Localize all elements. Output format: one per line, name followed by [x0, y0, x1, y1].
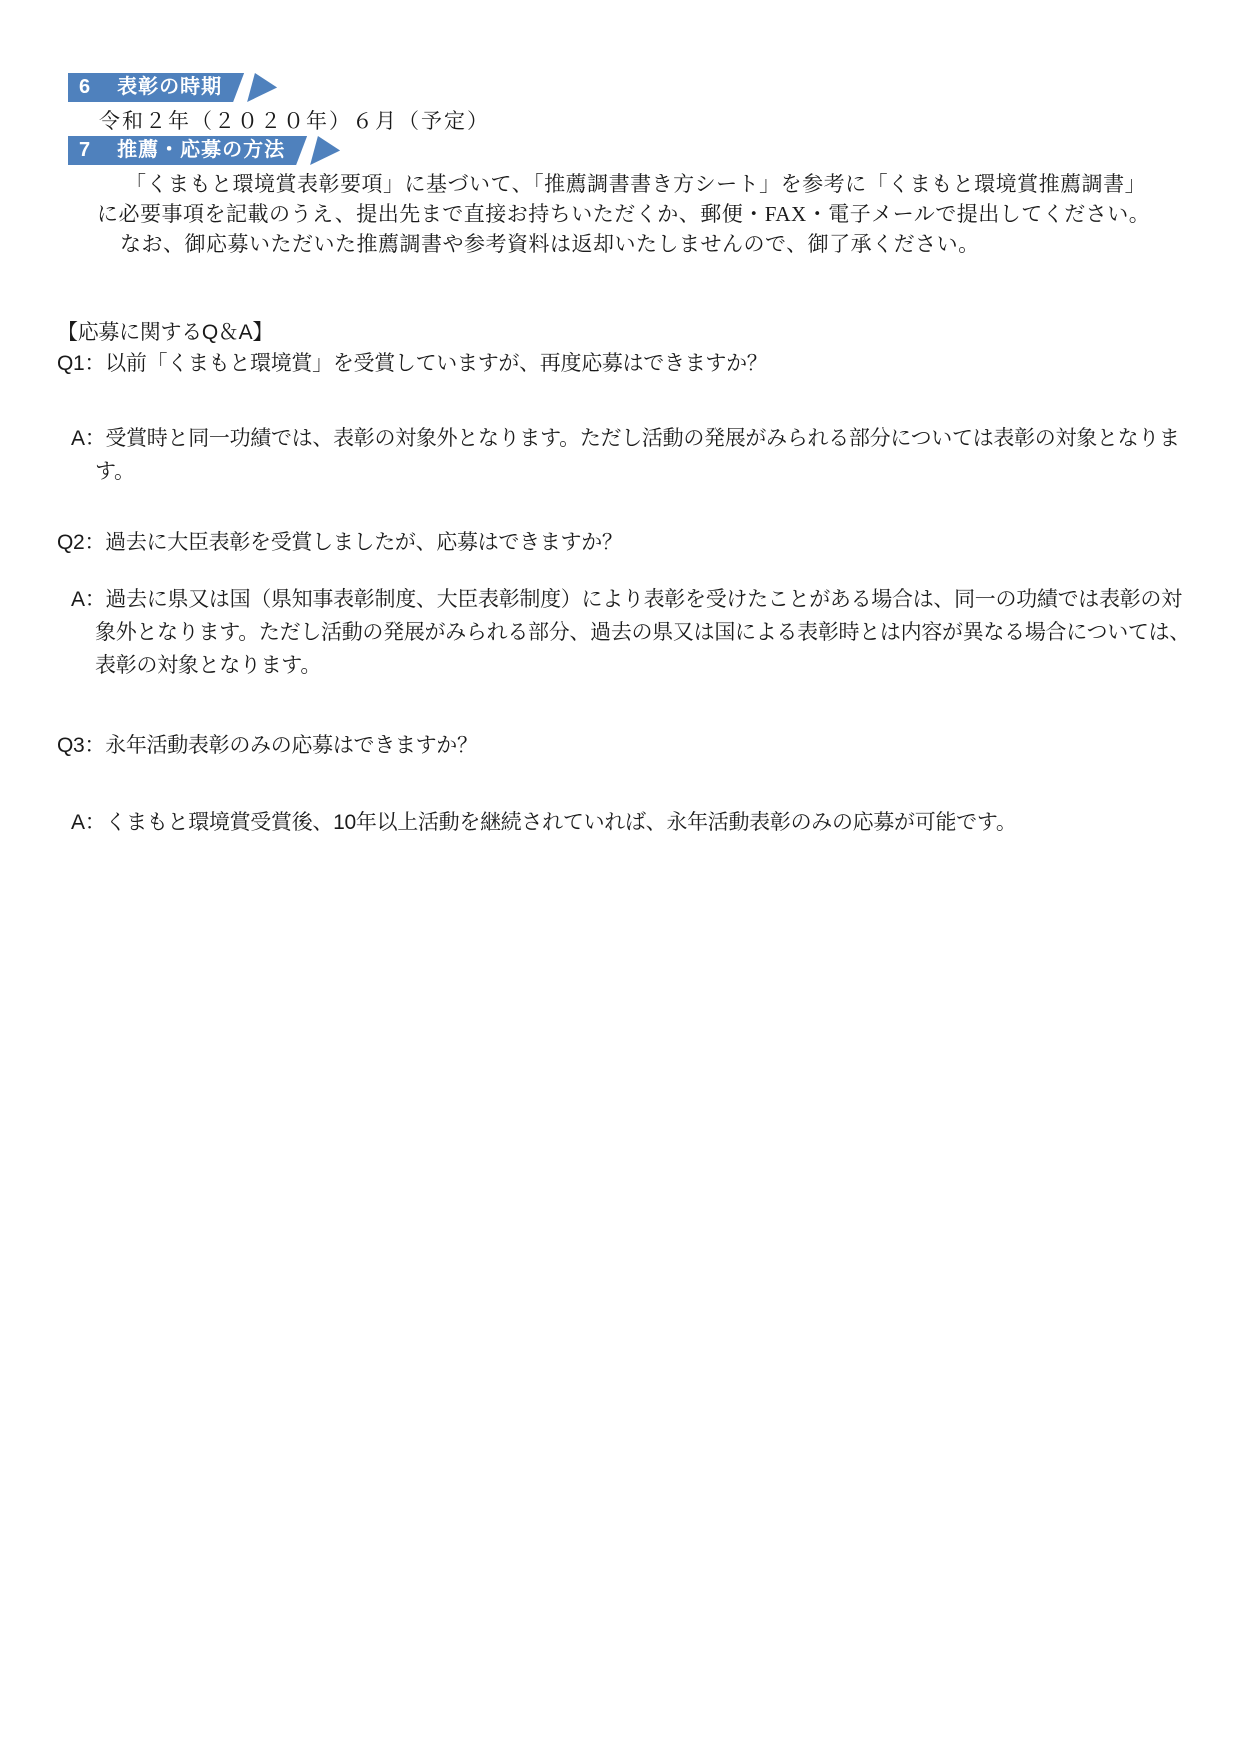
answer-line: A：くまもと環境賞受賞後、10年以上活動を継続されていれば、永年活動表彰のみの応… — [57, 806, 1197, 839]
answer-line: 表彰の対象となります。 — [57, 649, 1197, 682]
answer-line: A：受賞時と同一功績では、表彰の対象外となります。ただし活動の発展がみられる部分… — [57, 422, 1197, 455]
paragraph-line: なお、御応募いただいた推薦調書や参考資料は返却いたしませんので、御了承ください。 — [97, 229, 1182, 259]
banner-arrow-icon — [247, 73, 277, 102]
section-7-banner: 7推薦・応募の方法 — [68, 136, 340, 165]
answer-1: A：受賞時と同一功績では、表彰の対象外となります。ただし活動の発展がみられる部分… — [57, 422, 1197, 488]
question-2: Q2：過去に大臣表彰を受賞しましたが、応募はできますか？ — [57, 528, 1197, 558]
answer-2: A：過去に県又は国（県知事表彰制度、大臣表彰制度）により表彰を受けたことがある場… — [57, 583, 1197, 682]
answer-3: A：くまもと環境賞受賞後、10年以上活動を継続されていれば、永年活動表彰のみの応… — [57, 806, 1197, 839]
question-1: Q1：以前「くまもと環境賞」を受賞していますが、再度応募はできますか？ — [57, 349, 1197, 379]
application-method-paragraph: 「くまもと環境賞表彰要項」に基づいて、「推薦調書書き方シート」を参考に「くまもと… — [97, 169, 1182, 259]
section-6-banner-label: 6表彰の時期 — [68, 73, 244, 102]
question-3: Q3：永年活動表彰のみの応募はできますか？ — [57, 731, 1197, 761]
section-6-number: 6 — [79, 73, 91, 102]
banner-arrow-icon — [310, 136, 340, 165]
answer-line: す。 — [57, 455, 1197, 488]
document-page: 6表彰の時期 令和２年（２０２０年）６月（予定） 7推薦・応募の方法 「くまもと… — [0, 0, 1241, 1754]
qa-section: 【応募に関するQ＆A】 Q1：以前「くまもと環境賞」を受賞していますが、再度応募… — [57, 318, 1197, 839]
answer-line: A：過去に県又は国（県知事表彰制度、大臣表彰制度）により表彰を受けたことがある場… — [57, 583, 1197, 616]
section-6-banner: 6表彰の時期 — [68, 73, 277, 102]
section-7-number: 7 — [79, 136, 91, 165]
paragraph-line: に必要事項を記載のうえ、提出先まで直接お持ちいただくか、郵便・FAX・電子メール… — [97, 199, 1182, 229]
qa-section-heading: 【応募に関するQ＆A】 — [57, 318, 1197, 348]
award-date-text: 令和２年（２０２０年）６月（予定） — [99, 105, 490, 135]
section-6-title: 表彰の時期 — [117, 76, 222, 98]
section-7-banner-label: 7推薦・応募の方法 — [68, 136, 307, 165]
section-7-title: 推薦・応募の方法 — [117, 139, 285, 161]
paragraph-line: 「くまもと環境賞表彰要項」に基づいて、「推薦調書書き方シート」を参考に「くまもと… — [97, 169, 1182, 199]
answer-line: 象外となります。ただし活動の発展がみられる部分、過去の県又は国による表彰時とは内… — [57, 616, 1197, 649]
